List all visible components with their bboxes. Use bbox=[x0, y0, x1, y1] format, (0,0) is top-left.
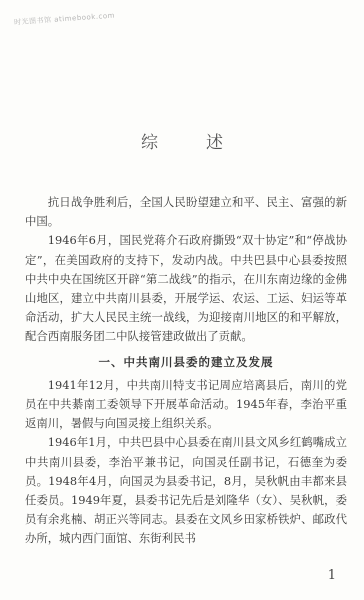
watermark: 时光图书馆 atimebook.com bbox=[14, 10, 116, 27]
paragraph: 1941年12月，中共南川特支书记周应培离县后，南川的党员在中共綦南工委领导下开… bbox=[25, 376, 347, 434]
document-body: 抗日战争胜利后，全国人民盼望建立和平、民主、富强的新中国。 1946年6月，国民… bbox=[25, 193, 347, 549]
paragraph: 1946年6月，国民党蒋介石政府撕毁“双十协定”和“停战协定”，在美国政府的支持… bbox=[25, 231, 347, 346]
section-heading: 一、中共南川县委的建立及发展 bbox=[25, 353, 347, 372]
page-number: 1 bbox=[328, 568, 336, 583]
paragraph: 抗日战争胜利后，全国人民盼望建立和平、民主、富强的新中国。 bbox=[25, 193, 347, 231]
paragraph: 1946年1月，中共巴县中心县委在南川县文风乡红鹤嘴成立中共南川县委，李治平兼书… bbox=[25, 433, 347, 548]
page-title: 综述 bbox=[0, 128, 364, 153]
